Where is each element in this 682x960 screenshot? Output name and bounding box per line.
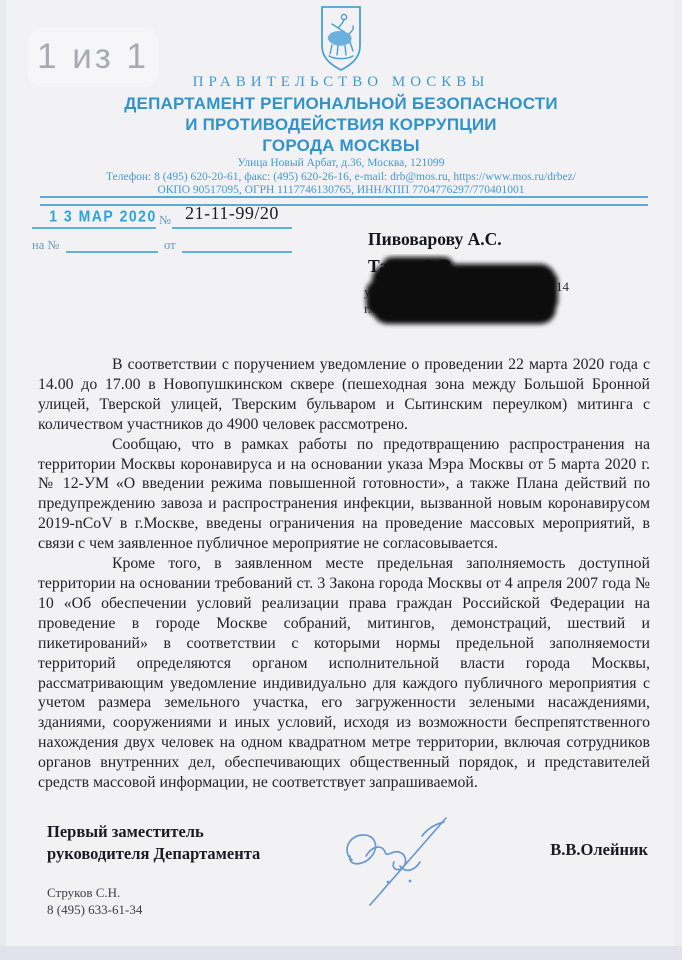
photo-edge-bottom bbox=[0, 946, 682, 960]
document-page: 1 из 1 ПРАВИТЕЛЬСТВО МОСКВЫ ДЕПАРТАМЕНТ … bbox=[0, 0, 682, 946]
executor-block: Струков С.Н. 8 (495) 633-61-34 bbox=[47, 885, 142, 918]
paragraph-3: Кроме того, в заявленном месте предельна… bbox=[38, 554, 650, 793]
date-stamp: 1 3 МАР 2020 bbox=[44, 207, 162, 225]
signatory-title: Первый заместитель руководителя Департам… bbox=[47, 821, 260, 865]
number-label: № bbox=[159, 213, 171, 228]
number-underline bbox=[172, 227, 292, 229]
signatory-name: В.В.Олейник bbox=[490, 840, 648, 860]
date-underline bbox=[32, 227, 156, 229]
letterhead-address: Улица Новый Арбат, д.36, Москва, 121099 bbox=[0, 157, 682, 171]
header-divider bbox=[40, 196, 648, 206]
government-title: ПРАВИТЕЛЬСТВО МОСКВЫ bbox=[0, 74, 682, 91]
from-underline bbox=[182, 251, 292, 253]
letterhead-phone-email: Телефон: 8 (495) 620-20-61, факс: (495) … bbox=[0, 171, 682, 185]
reply-to-label: на № bbox=[32, 238, 59, 253]
department-line-2: И ПРОТИВОДЕЙСТВИЯ КОРРУПЦИИ bbox=[0, 114, 682, 135]
redaction-block bbox=[360, 254, 580, 338]
moscow-coat-of-arms-icon bbox=[318, 4, 364, 74]
department-line-1: ДЕПАРТАМЕНТ РЕГИОНАЛЬНОЙ БЕЗОПАСНОСТИ bbox=[0, 93, 682, 114]
letter-body: В соответствии с поручением уведомление … bbox=[38, 355, 650, 793]
outgoing-number: 21-11-99/20 bbox=[172, 203, 292, 224]
letterhead-contacts: Улица Новый Арбат, д.36, Москва, 121099 … bbox=[0, 157, 682, 198]
signatory-title-line-2: руководителя Департамента bbox=[47, 843, 260, 865]
photo-edge-right bbox=[674, 0, 682, 946]
signatory-title-line-1: Первый заместитель bbox=[47, 821, 260, 843]
paragraph-2: Сообщаю, что в рамках работы по предотвр… bbox=[38, 435, 650, 554]
recipient-1: Пивоварову А.С. bbox=[368, 226, 502, 253]
paragraph-1: В соответствии с поручением уведомление … bbox=[38, 355, 650, 435]
page-indicator-label: 1 из 1 bbox=[37, 37, 149, 77]
photo-edge-left bbox=[0, 0, 6, 946]
reply-to-underline bbox=[66, 251, 158, 253]
executor-phone: 8 (495) 633-61-34 bbox=[47, 902, 142, 919]
handwritten-signature bbox=[330, 808, 470, 913]
from-label: от bbox=[164, 238, 176, 253]
department-line-3: ГОРОДА МОСКВЫ bbox=[0, 135, 682, 156]
department-name: ДЕПАРТАМЕНТ РЕГИОНАЛЬНОЙ БЕЗОПАСНОСТИ И … bbox=[0, 93, 682, 156]
executor-name: Струков С.Н. bbox=[47, 885, 142, 902]
